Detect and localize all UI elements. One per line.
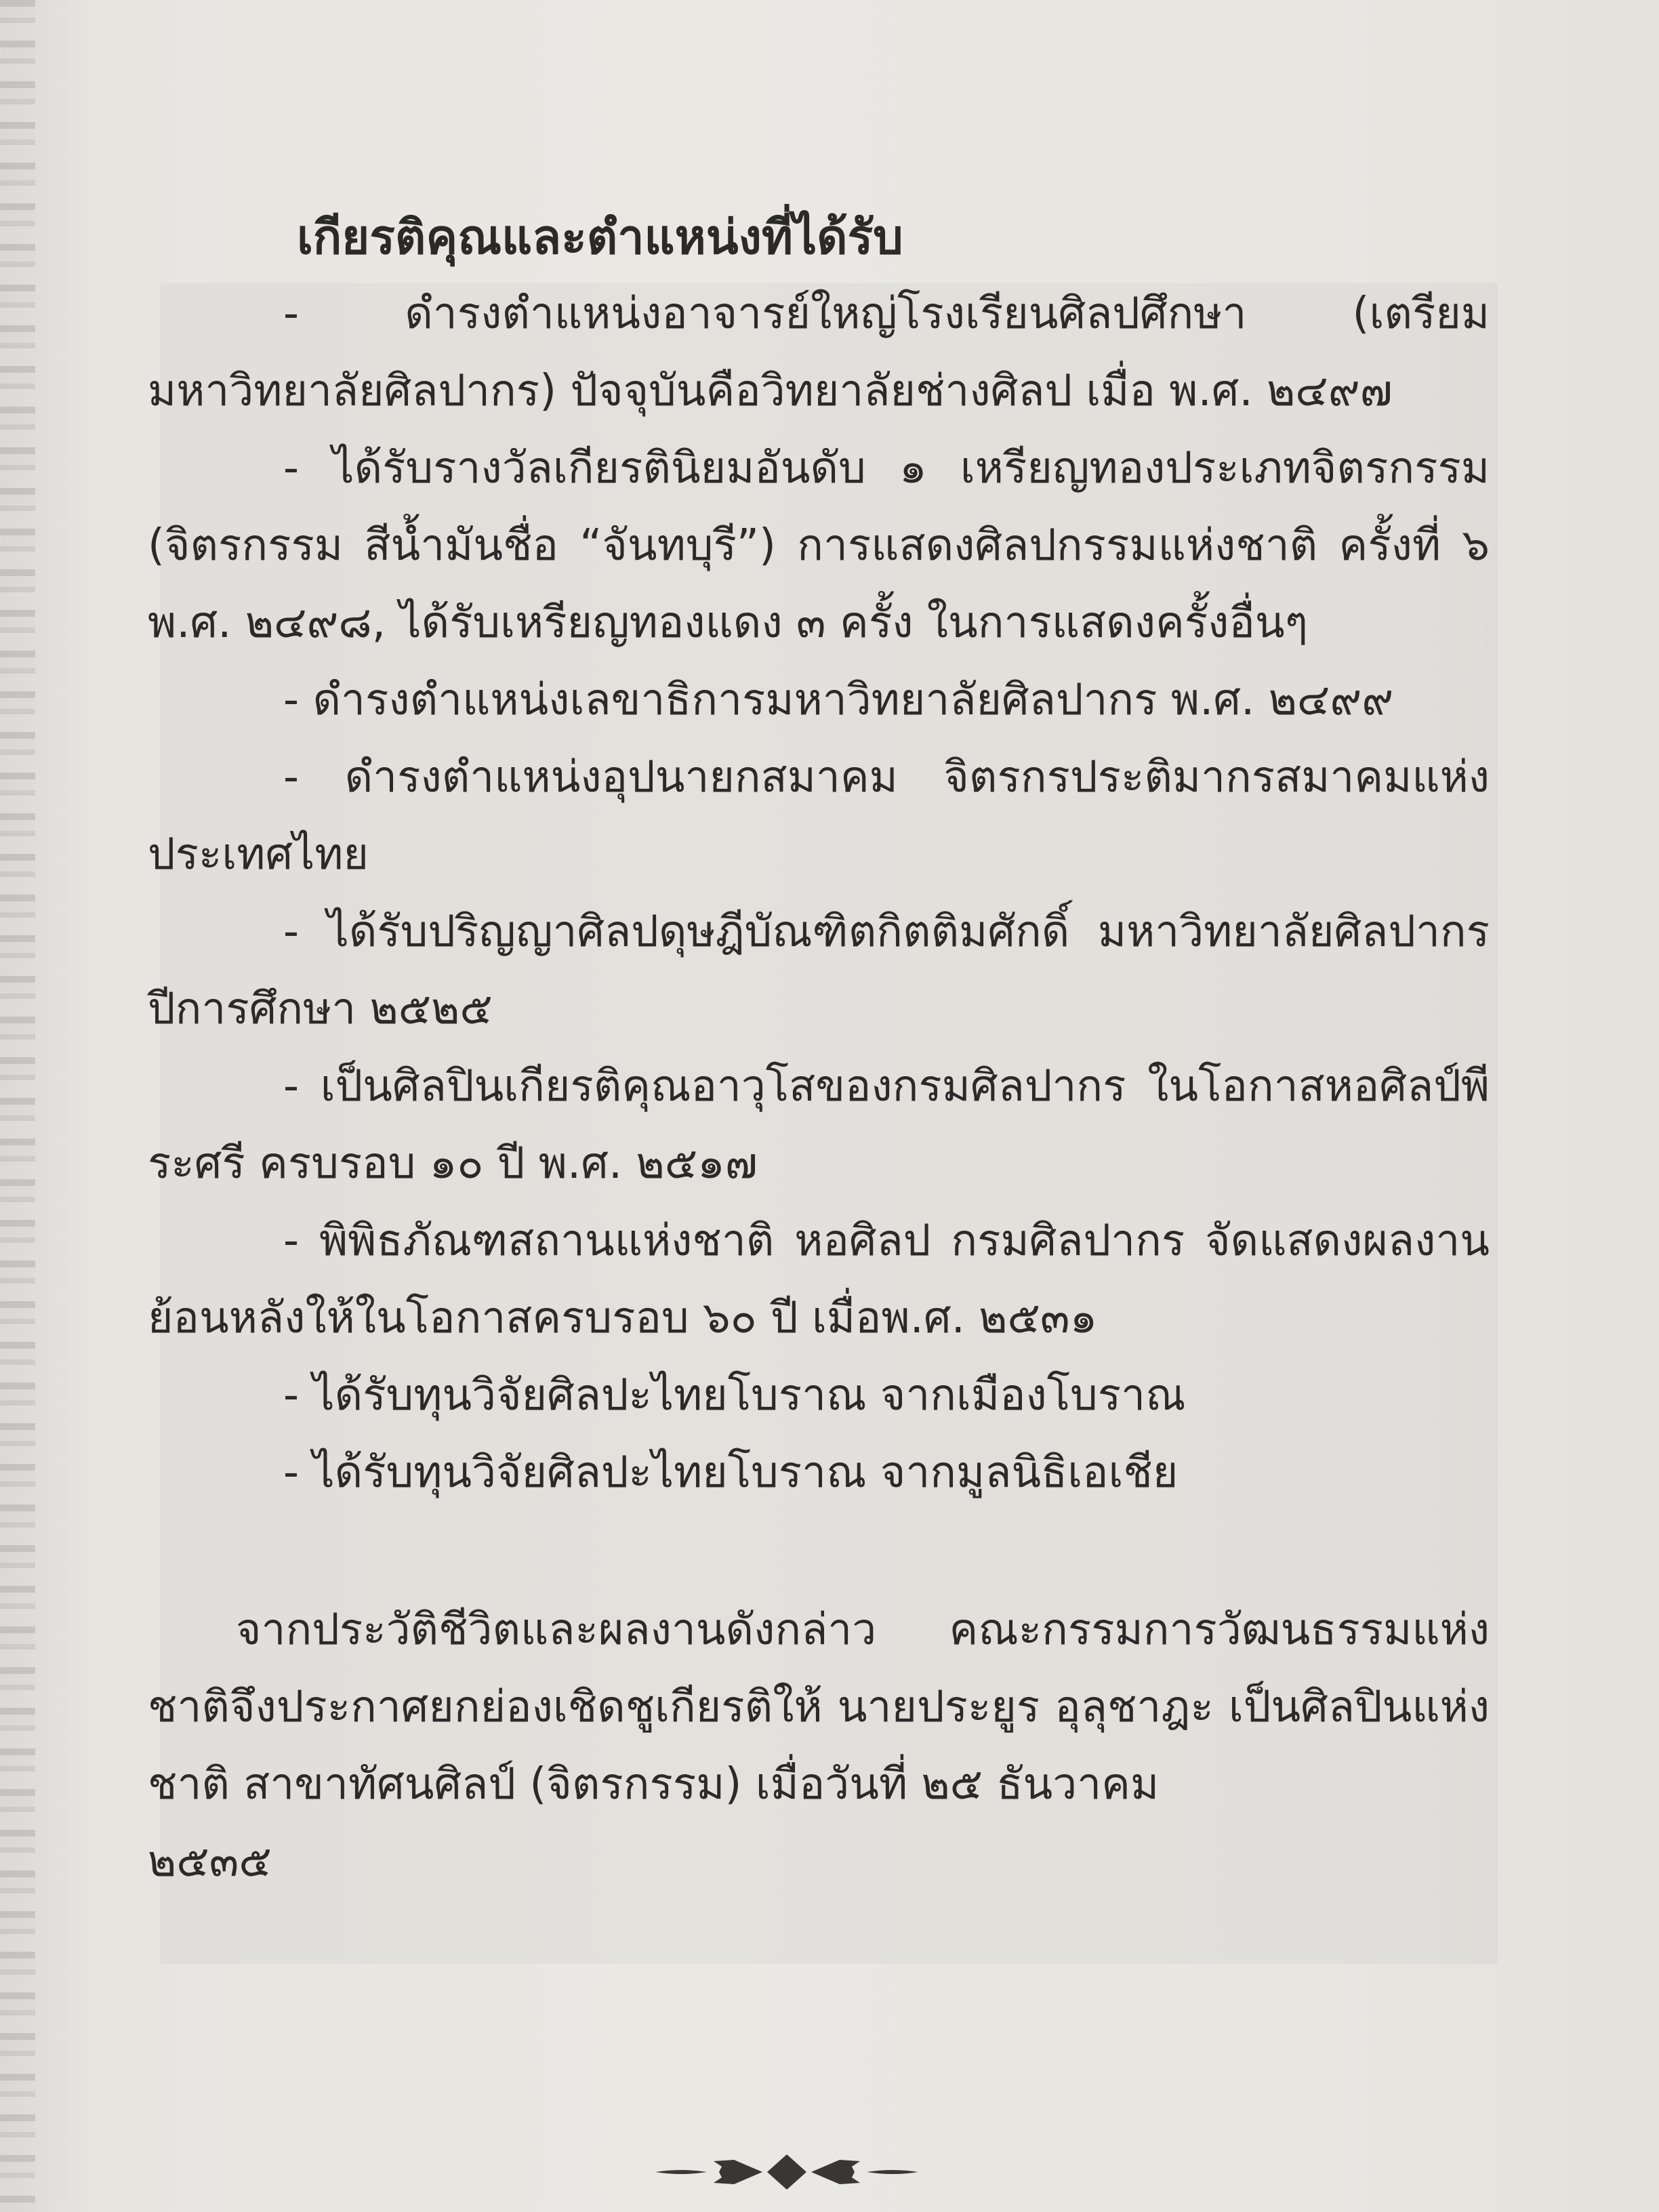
list-item: - ดำรงตำแหน่งอุปนายกสมาคม จิตรกรประติมาก…	[148, 739, 1490, 893]
list-item-text: - ได้รับทุนวิจัยศิลปะไทยโบราณ จากเมืองโบ…	[148, 1357, 1490, 1434]
closing-paragraph: จากประวัติชีวิตและผลงานดังกล่าว คณะกรรมก…	[148, 1591, 1490, 1823]
list-item: - ได้รับรางวัลเกียรตินิยมอันดับ ๑ เหรียญ…	[148, 430, 1490, 661]
list-item-text: - ดำรงตำแหน่งเลขาธิการมหาวิทยาลัยศิลปากร…	[148, 661, 1490, 739]
closing-year: ๒๕๓๕	[148, 1823, 1490, 1900]
list-item: - เป็นศิลปินเกียรติคุณอาวุโสของกรมศิลปาก…	[148, 1048, 1490, 1202]
list-item-text: - พิพิธภัณฑสถานแห่งชาติ หอศิลป กรมศิลปาก…	[148, 1202, 1490, 1357]
list-item: - ดำรงตำแหน่งเลขาธิการมหาวิทยาลัยศิลปากร…	[148, 661, 1490, 739]
list-item: - ได้รับทุนวิจัยศิลปะไทยโบราณ จากเมืองโบ…	[148, 1357, 1490, 1434]
list-item-text: - ได้รับรางวัลเกียรตินิยมอันดับ ๑ เหรียญ…	[148, 430, 1490, 661]
spacer	[148, 1511, 1490, 1591]
decorative-divider-ornament-icon	[654, 2152, 1006, 2192]
section-heading: เกียรติคุณและตำแหน่งที่ได้รับ	[297, 203, 1490, 271]
list-item-text: - ได้รับทุนวิจัยศิลปะไทยโบราณ จากมูลนิธิ…	[148, 1434, 1490, 1511]
honors-list: - ดำรงตำแหน่งอาจารย์ใหญ่โรงเรียนศิลปศึกษ…	[148, 275, 1490, 1511]
previous-page-edge	[0, 0, 35, 2212]
list-item: - ดำรงตำแหน่งอาจารย์ใหญ่โรงเรียนศิลปศึกษ…	[148, 275, 1490, 430]
list-item: - พิพิธภัณฑสถานแห่งชาติ หอศิลป กรมศิลปาก…	[148, 1202, 1490, 1357]
list-item-text: - ดำรงตำแหน่งอาจารย์ใหญ่โรงเรียนศิลปศึกษ…	[148, 275, 1490, 430]
list-item: - ได้รับทุนวิจัยศิลปะไทยโบราณ จากมูลนิธิ…	[148, 1434, 1490, 1511]
book-page: เกียรติคุณและตำแหน่งที่ได้รับ - ดำรงตำแห…	[0, 0, 1659, 2212]
list-item-text: - ได้รับปริญญาศิลปดุษฎีบัณฑิตกิตติมศักดิ…	[148, 893, 1490, 1048]
list-item-text: - ดำรงตำแหน่งอุปนายกสมาคม จิตรกรประติมาก…	[148, 739, 1490, 893]
list-item: - ได้รับปริญญาศิลปดุษฎีบัณฑิตกิตติมศักดิ…	[148, 893, 1490, 1048]
page-content: เกียรติคุณและตำแหน่งที่ได้รับ - ดำรงตำแห…	[148, 203, 1490, 1900]
list-item-text: - เป็นศิลปินเกียรติคุณอาวุโสของกรมศิลปาก…	[148, 1048, 1490, 1202]
